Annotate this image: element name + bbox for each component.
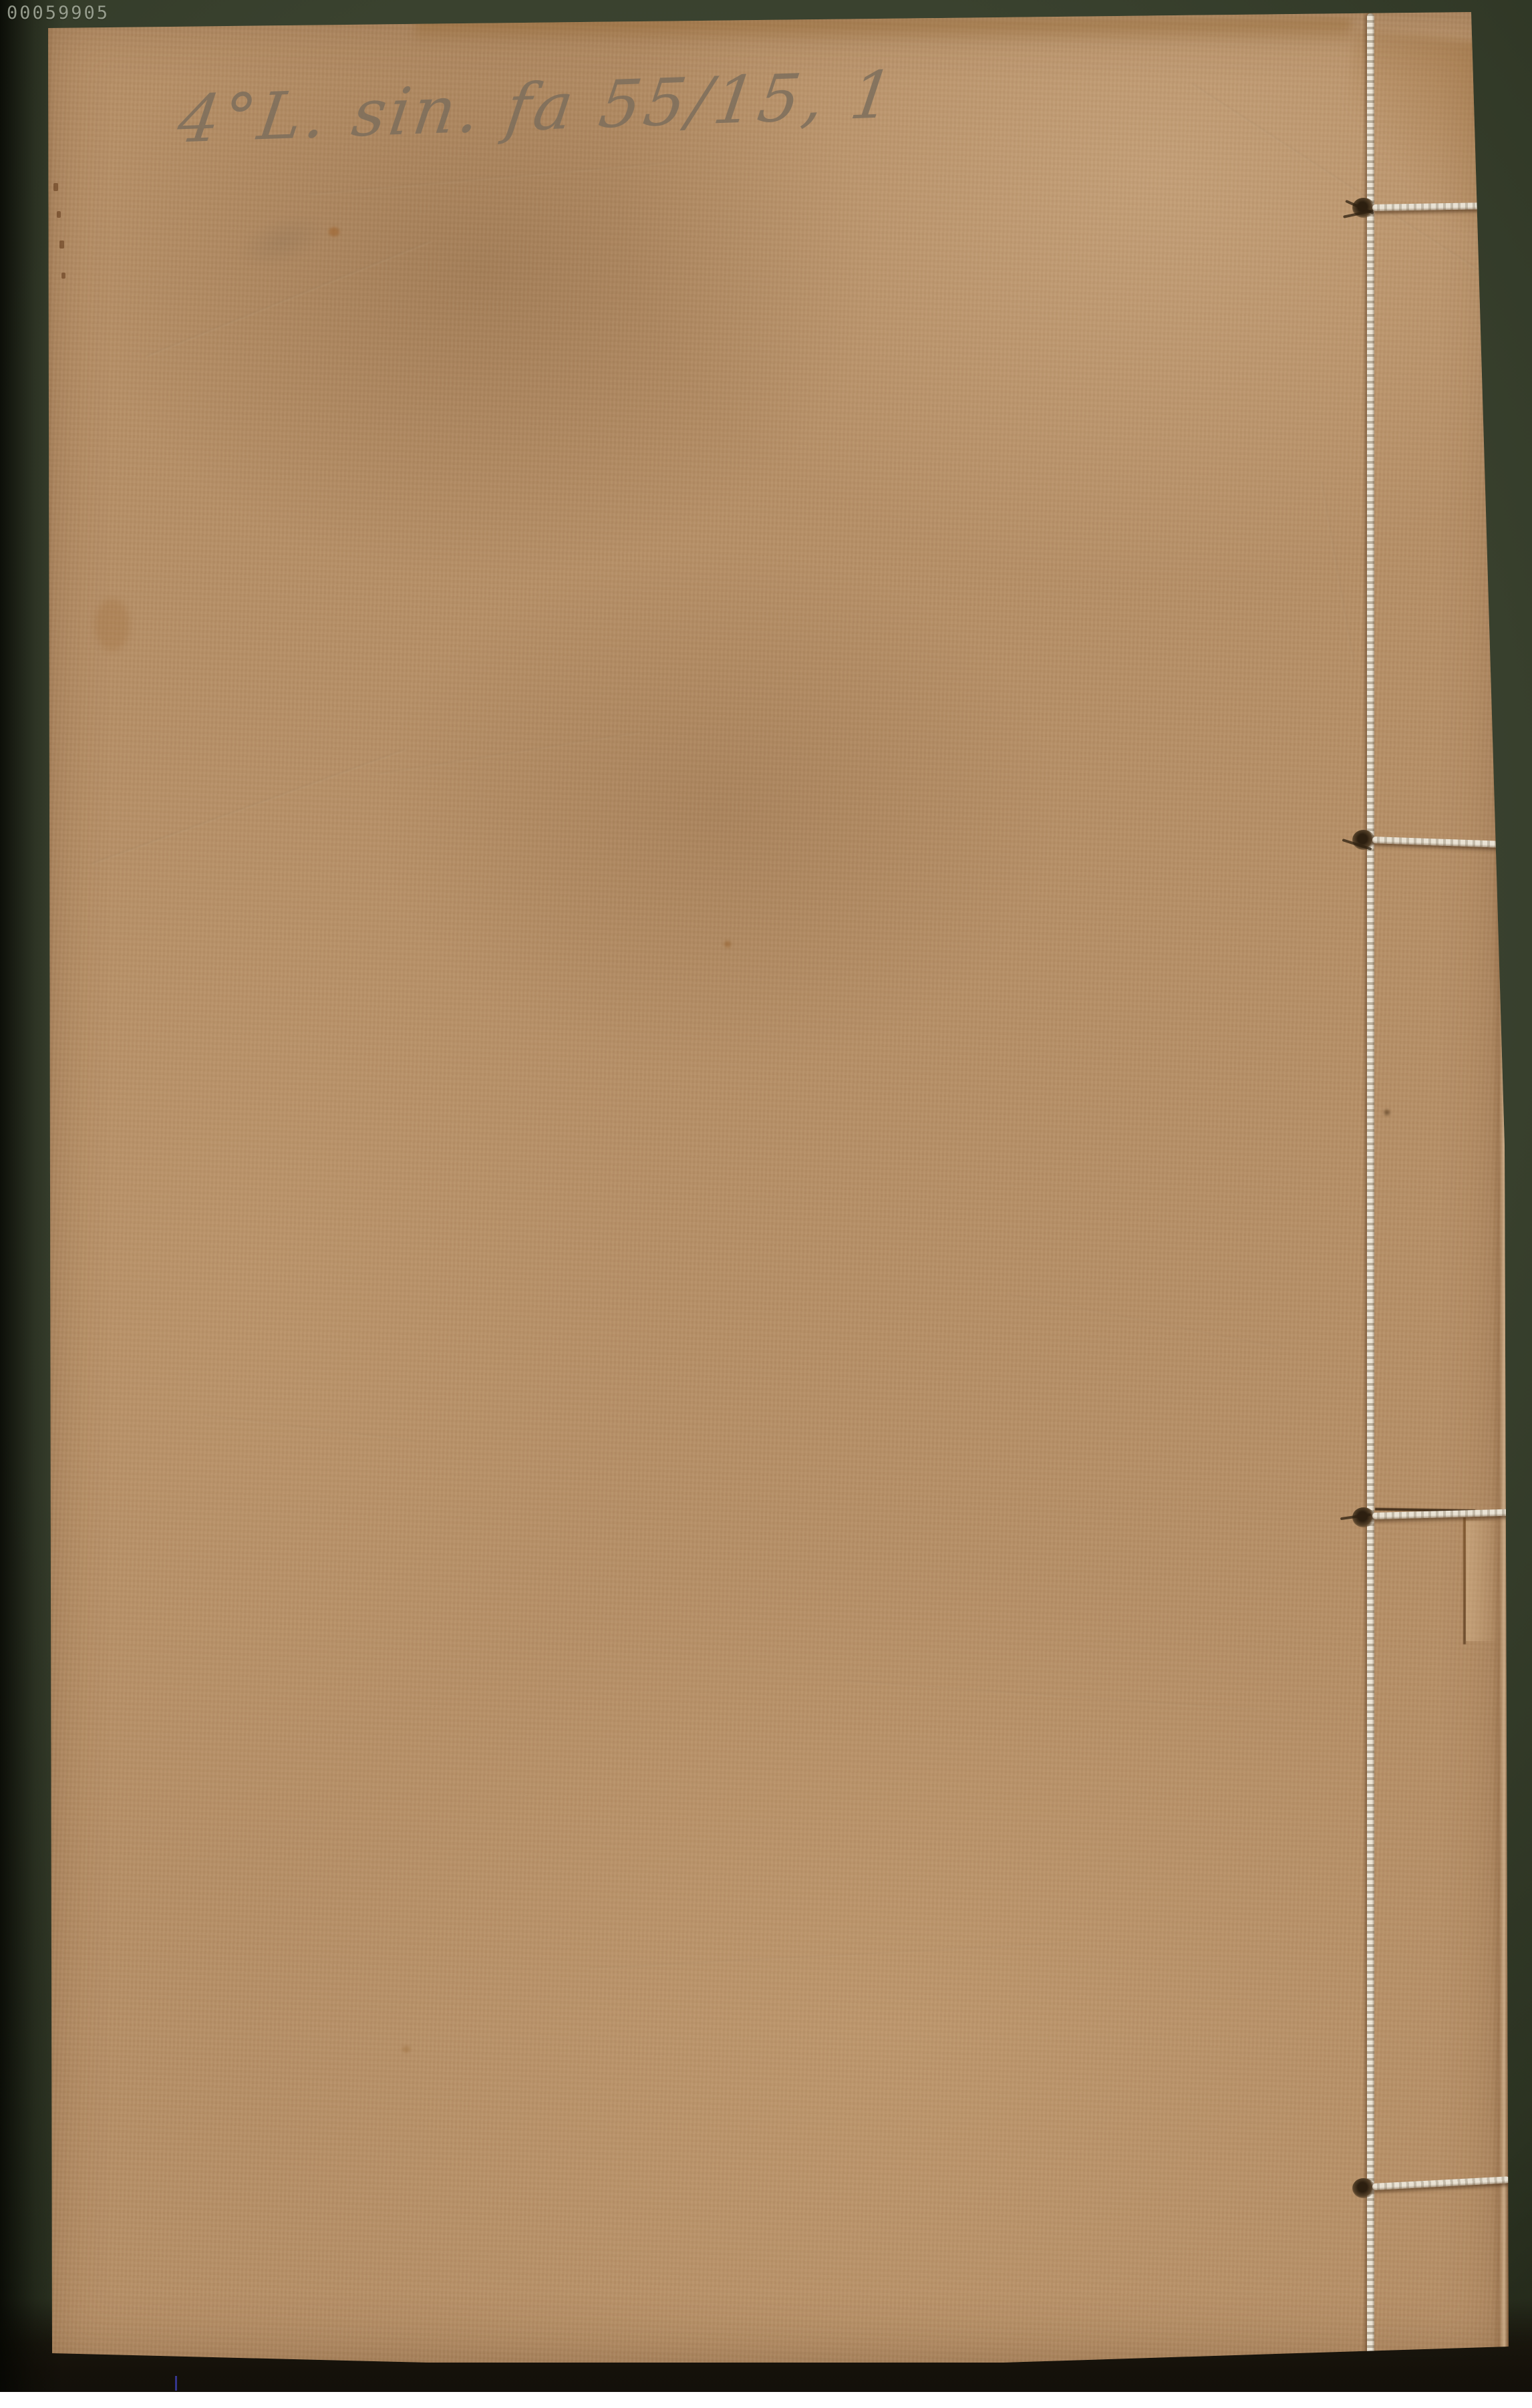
foxing-spot (329, 227, 339, 237)
foxing-spot (95, 599, 130, 651)
paper-texture (41, 11, 1509, 2363)
book-cover: 4°L. sin. fa 55/15, 1 (41, 11, 1509, 2363)
edge-speck (57, 211, 61, 218)
foxing-spot (1384, 1110, 1390, 1115)
blue-mark (175, 2376, 177, 2391)
cover-right-page-edge (1493, 11, 1509, 2363)
photo-background-mat: 00059905 4°L. sin. fa 55/15, 1 (0, 0, 1532, 2408)
foxing-spot (402, 2046, 410, 2053)
binding-thread-vertical (1367, 13, 1374, 2359)
scan-id-label: 00059905 (7, 3, 110, 23)
top-edge-stain (416, 19, 1351, 45)
edge-speck (61, 273, 65, 279)
bottom-white-strip (0, 2392, 1532, 2408)
lifted-flap (1466, 1521, 1499, 1641)
edge-speck (59, 241, 64, 249)
sewing-hole-4 (1352, 2178, 1375, 2198)
edge-speck (53, 183, 58, 191)
foxing-spot (724, 941, 731, 947)
